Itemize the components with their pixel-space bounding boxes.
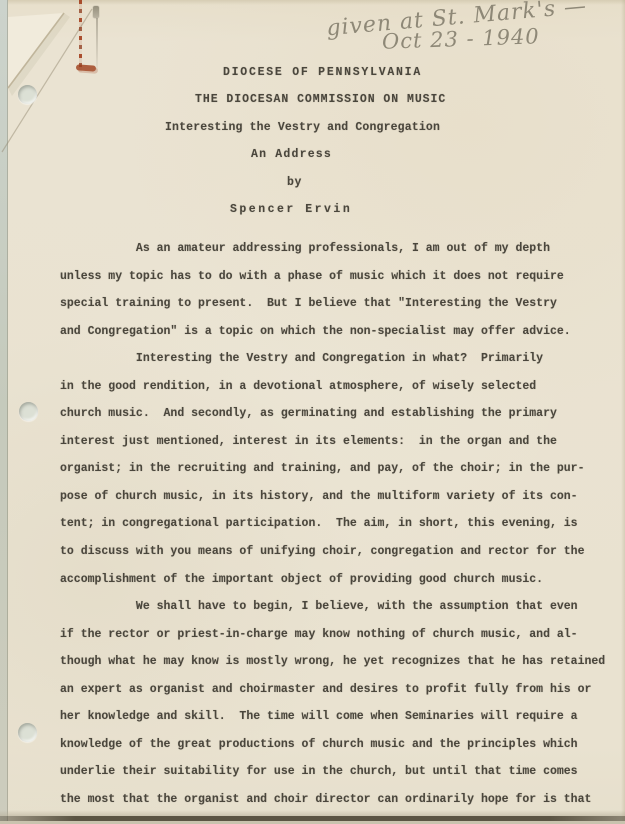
typescript-line: special training to present. But I belie… [60, 296, 620, 324]
heading-author: Spencer Ervin [230, 203, 352, 217]
typescript-line: and Congregation" is a topic on which th… [60, 324, 620, 352]
typescript-line: church music. And secondly, as germinati… [60, 406, 620, 434]
typescript-line: an expert as organist and choirmaster an… [60, 682, 620, 710]
pin-mark [93, 6, 99, 18]
hole-punch-middle [19, 402, 38, 421]
rust-staple-mark [79, 0, 82, 72]
typescript-line: accomplishment of the important object o… [60, 572, 620, 600]
typescript-line: pose of church music, in its history, an… [60, 489, 620, 517]
handwritten-note-line2: Oct 23 - 1940 [382, 24, 540, 53]
typescript-line: tent; in congregational participation. T… [60, 516, 620, 544]
hole-punch-top [18, 85, 37, 104]
typescript-line: We shall have to begin, I believe, with … [60, 599, 620, 627]
typescript-line: underlie their suitability for use in th… [60, 764, 620, 792]
typescript-line: her knowledge and skill. The time will c… [60, 709, 620, 737]
heading-title: Interesting the Vestry and Congregation [165, 121, 440, 135]
typescript-page: given at St. Mark's — Oct 23 - 1940 DIOC… [0, 0, 625, 824]
paper-right-edge [621, 0, 625, 824]
pin-mark-trail [96, 18, 98, 70]
typescript-line: interest just mentioned, interest in its… [60, 434, 620, 462]
typescript-line: though what he may know is mostly wrong,… [60, 654, 620, 682]
typescript-line: in the good rendition, in a devotional a… [60, 379, 620, 407]
typescript-line: if the rector or priest-in-charge may kn… [60, 627, 620, 655]
heading-byline: by [287, 176, 302, 190]
body-text: As an amateur addressing professionals, … [60, 241, 620, 819]
hole-punch-bottom [18, 723, 37, 742]
heading-commission: THE DIOCESAN COMMISSION ON MUSIC [195, 93, 446, 107]
typescript-line: As an amateur addressing professionals, … [60, 241, 620, 269]
heading-diocese: DIOCESE OF PENNSYLVANIA [223, 66, 422, 80]
typescript-line: organist; in the recruiting and training… [60, 461, 620, 489]
typescript-line: unless my topic has to do with a phase o… [60, 269, 620, 297]
typescript-line: Interesting the Vestry and Congregation … [60, 351, 620, 379]
typescript-line: to discuss with you means of unifying ch… [60, 544, 620, 572]
typescript-line: knowledge of the great productions of ch… [60, 737, 620, 765]
typescript-line: the most that the organist and choir dir… [60, 792, 620, 820]
heading-subtitle: An Address [251, 148, 332, 162]
